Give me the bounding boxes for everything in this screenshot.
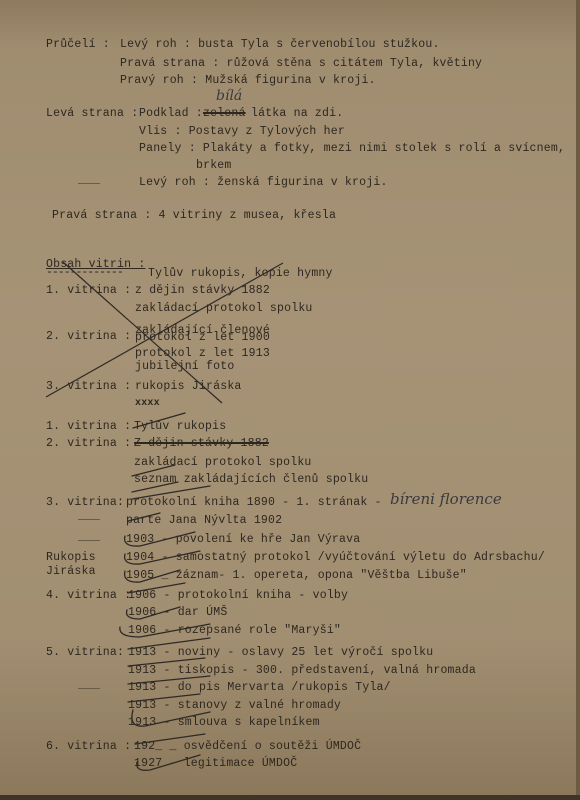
right-side: Pravá strana : 4 vitriny z musea, křesla xyxy=(52,209,336,222)
left-side-panely-cont: brkem xyxy=(196,159,232,172)
v5-label: 5. vitrina: xyxy=(46,646,124,659)
facade-item: Pravá strana : růžová stěna s citátem Ty… xyxy=(120,57,482,70)
left-side-podklad-text: látka na zdi. xyxy=(251,107,343,120)
v3-item: protokolní kniha 1890 - 1. strának - xyxy=(126,496,382,509)
margin-dash xyxy=(78,688,100,689)
crossed-v3-label: 3. vitrina : xyxy=(46,380,131,393)
left-side-podklad-struck: zelená xyxy=(203,107,246,120)
v3-label: 3. vitrina: xyxy=(46,496,124,509)
v2-struck: Z dějin stávky 1882 xyxy=(134,437,269,450)
crossed-v3-xxx: xxxx xyxy=(135,398,160,409)
margin-note-rukopis: Rukopis xyxy=(46,551,96,564)
handwritten-florence: bíreni florence xyxy=(390,490,502,508)
margin-note-jiraska: Jiráska xyxy=(46,565,96,578)
crossed-v2-item: jubilejní foto xyxy=(135,360,234,373)
v5-item: 1913 - do pis Mervarta /rukopis Tyla/ xyxy=(128,681,391,694)
v5-item: 1913 - smlouva s kapelníkem xyxy=(128,716,320,729)
paper-edge-right xyxy=(576,0,580,800)
crossed-v3-item: rukopis Jiráska xyxy=(135,380,242,393)
v5-item: 1913 - stanovy z valné hromady xyxy=(128,699,341,712)
handwritten-note-white: bílá xyxy=(216,88,242,104)
v2-item: seznam zakládajících členů spolku xyxy=(134,473,368,486)
crossed-v2-item: protokol z let 1913 xyxy=(135,347,270,360)
v3-item: 1904 - samostatný protokol /vyúčtování v… xyxy=(126,551,545,564)
v1-label: 1. vitrina : xyxy=(46,420,131,433)
crossed-intro: Tylův rukopis, kopie hymny xyxy=(148,267,333,280)
v3-item: 1903 - povolení ke hře Jan Výrava xyxy=(126,533,360,546)
left-side-corner: Levý roh : ženská figurina v kroji. xyxy=(139,176,388,189)
v2-item: zakládací protokol spolku xyxy=(134,456,312,469)
v3-item: 1905 _ záznam- 1. opereta, opona "Věštba… xyxy=(126,569,467,582)
v3-item: parte Jana Nývlta 1902 xyxy=(126,514,282,527)
left-side-podklad-label: Podklad : xyxy=(139,107,203,120)
facade-label: Průčelí : xyxy=(46,38,110,51)
margin-dash xyxy=(78,540,100,541)
v4-label: 4. vitrina : xyxy=(46,589,131,602)
crossed-v2-item: protokol z let 1900 xyxy=(135,331,270,344)
facade-item: Levý roh : busta Tyla s červenobílou stu… xyxy=(120,38,440,51)
margin-dash xyxy=(78,183,100,184)
margin-dash xyxy=(78,519,100,520)
v5-item: 1913 - tiskopis - 300. představení, valn… xyxy=(128,664,476,677)
v4-item: 1906 - rozepsané role "Maryši" xyxy=(128,624,341,637)
v2-label: 2. vitrina : xyxy=(46,437,131,450)
v1-text: Tylův rukopis xyxy=(134,420,226,433)
left-side-label: Levá strana : xyxy=(46,107,138,120)
left-side-panely: Panely : Plakáty a fotky, mezi nimi stol… xyxy=(139,142,565,155)
paper-edge-bottom xyxy=(0,795,580,800)
v6-label: 6. vitrina : xyxy=(46,740,131,753)
v5-item: 1913 - noviny - oslavy 25 let výročí spo… xyxy=(128,646,433,659)
v6-item: 192_ _ osvědčení o soutěži ÚMDOČ xyxy=(134,740,361,753)
crossed-v1-label: 1. vitrina : xyxy=(46,284,131,297)
facade-item: Pravý roh : Mužská figurina v kroji. xyxy=(120,74,376,87)
left-side-vlis: Vlis : Postavy z Tylových her xyxy=(139,125,345,138)
v6-item: 1927 - legitimace ÚMDOČ xyxy=(134,757,297,770)
crossed-v2-label: 2. vitrina : xyxy=(46,330,131,343)
heading-underline: ------------- xyxy=(46,266,123,279)
crossed-v1-item: zakládací protokol spolku xyxy=(135,302,313,315)
crossed-v1-item: z dějin stávky 1882 xyxy=(135,284,270,297)
v4-item: 1906 - dar ÚMŠ xyxy=(128,606,227,619)
v4-item: 1906 - protokolní kniha - volby xyxy=(128,589,348,602)
